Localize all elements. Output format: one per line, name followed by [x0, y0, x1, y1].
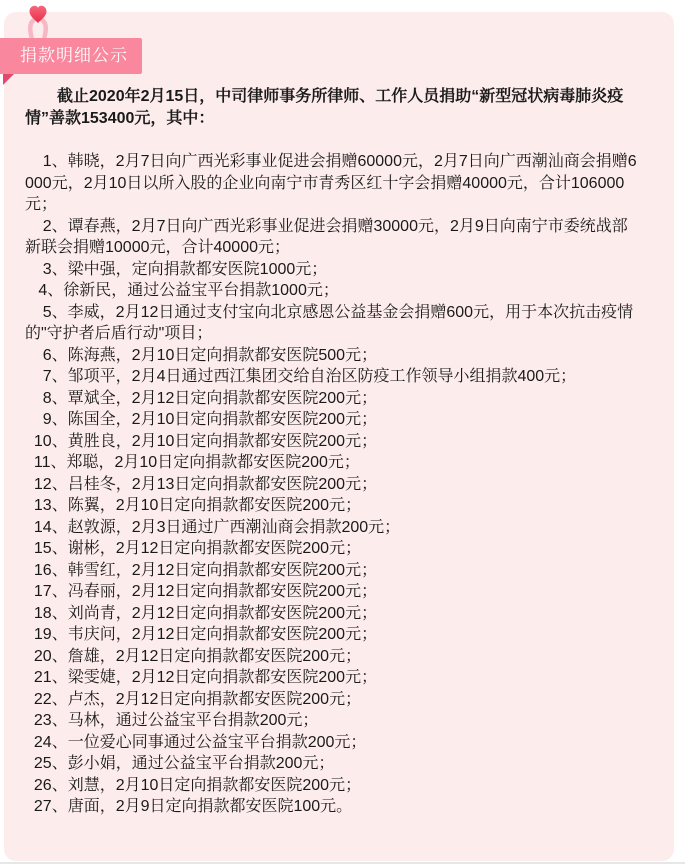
donation-item: 6、陈海燕，2月10日定向捐款都安医院500元； [25, 345, 643, 367]
title-badge: 捐款明细公示 [0, 38, 142, 74]
donation-item: 3、梁中强，定向捐款都安医院1000元； [25, 259, 643, 281]
donation-item: 20、詹雄，2月12日定向捐款都安医院200元； [25, 646, 643, 668]
donation-item: 26、刘慧，2月10日定向捐款都安医院200元； [25, 775, 643, 797]
donation-item: 14、赵敦源，2月3日通过广西潮汕商会捐款200元； [25, 517, 643, 539]
donation-item: 13、陈翼，2月10日定向捐款都安医院200元； [25, 495, 643, 517]
donation-list: 1、韩晓，2月7日向广西光彩事业促进会捐赠60000元，2月7日向广西潮汕商会捐… [25, 151, 643, 818]
article-body: 截止2020年2月15日，中司律师事务所律师、工作人员捐助“新型冠状病毒肺炎疫情… [25, 86, 643, 818]
donation-item: 21、梁雯婕，2月12日定向捐款都安医院200元； [25, 667, 643, 689]
donation-item: 11、郑聪，2月10日定向捐款都安医院200元； [25, 452, 643, 474]
donation-item: 24、一位爱心同事通过公益宝平台捐款200元； [25, 732, 643, 754]
donation-item: 25、彭小娟，通过公益宝平台捐款200元； [25, 753, 643, 775]
donation-item: 12、吕桂冬，2月13日定向捐款都安医院200元； [25, 474, 643, 496]
donation-item: 18、刘尚青，2月12日定向捐款都安医院200元； [25, 603, 643, 625]
title-badge-label: 捐款明细公示 [20, 46, 128, 65]
donation-item: 17、冯春丽，2月12日定向捐款都安医院200元； [25, 581, 643, 603]
intro-paragraph: 截止2020年2月15日，中司律师事务所律师、工作人员捐助“新型冠状病毒肺炎疫情… [25, 86, 643, 129]
donation-item: 2、谭春燕，2月7日向广西光彩事业促进会捐赠30000元，2月9日向南宁市委统战… [25, 216, 643, 259]
badge-fold [3, 74, 14, 85]
donation-item: 9、陈国全，2月10日定向捐款都安医院200元； [25, 409, 643, 431]
donation-item: 22、卢杰，2月12日定向捐款都安医院200元； [25, 689, 643, 711]
donation-item: 16、韩雪红，2月12日定向捐款都安医院200元； [25, 560, 643, 582]
donation-item: 1、韩晓，2月7日向广西光彩事业促进会捐赠60000元，2月7日向广西潮汕商会捐… [25, 151, 643, 216]
donation-item: 23、马林，通过公益宝平台捐款200元； [25, 710, 643, 732]
donation-item: 7、邹项平，2月4日通过西江集团交给自治区防疫工作领导小组捐款400元； [25, 366, 643, 388]
heart-in-hands-icon [25, 2, 51, 38]
donation-item: 27、唐面，2月9日定向捐款都安医院100元。 [25, 796, 643, 818]
content-card: 截止2020年2月15日，中司律师事务所律师、工作人员捐助“新型冠状病毒肺炎疫情… [4, 12, 674, 861]
donation-item: 5、李威，2月12日通过支付宝向北京感恩公益基金会捐赠600元，用于本次抗击疫情… [25, 302, 643, 345]
donation-item: 19、韦庆问，2月12日定向捐款都安医院200元； [25, 624, 643, 646]
donation-item: 15、谢彬，2月12日定向捐款都安医院200元； [25, 538, 643, 560]
page-bottom-divider [0, 862, 685, 864]
donation-item: 8、覃斌全，2月12日定向捐款都安医院200元； [25, 388, 643, 410]
donation-item: 4、徐新民，通过公益宝平台捐款1000元； [25, 280, 643, 302]
donation-item: 10、黄胜良，2月10日定向捐款都安医院200元； [25, 431, 643, 453]
